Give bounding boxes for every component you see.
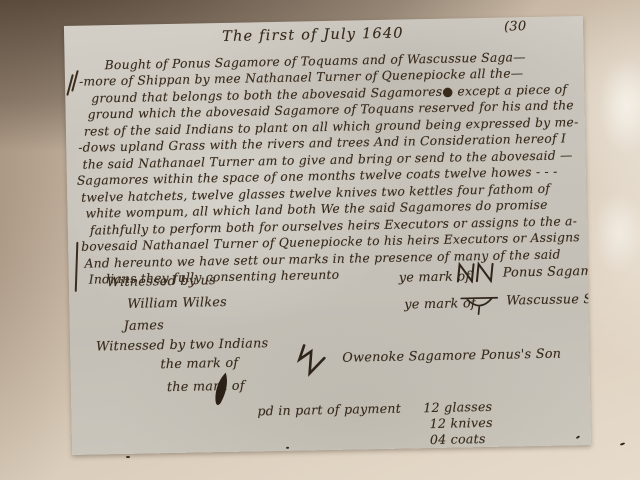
witness-name: James — [124, 318, 165, 334]
ink-speck — [286, 447, 289, 449]
witness-name: William Wilkes — [127, 295, 227, 312]
mark-prefix: the mark of — [167, 379, 245, 395]
payment-item: 12 knives — [429, 415, 492, 431]
ink-blob-mark-icon — [210, 370, 232, 410]
document-title: The first of July 1640 — [222, 26, 404, 45]
nn-zigzag-mark-icon — [455, 261, 497, 284]
mark-prefix: the mark of — [160, 356, 238, 372]
payment-item: 12 glasses — [423, 399, 492, 415]
witnessed-two-indians-line: Witnessed by two Indians — [96, 336, 269, 354]
witnessed-by-us-line: Witnessed by us — [107, 273, 216, 290]
mark-owner-name: Wascussue Sagamore — [506, 291, 591, 309]
mat-speck — [126, 456, 130, 458]
margin-line-mark — [75, 242, 78, 292]
payment-label: pd in part of payment — [257, 401, 401, 419]
document-photo: The first of July 1640 (30 Bought of Pon… — [64, 16, 591, 455]
ink-speck — [576, 435, 580, 439]
page-number: (30 — [504, 19, 527, 34]
payment-item: 04 coats — [430, 431, 486, 447]
lightning-zigzag-mark-icon — [294, 343, 327, 378]
bowl-mark-icon — [459, 292, 499, 317]
photograph-on-mat: The first of July 1640 (30 Bought of Pon… — [0, 0, 640, 480]
mat-speck — [620, 442, 625, 446]
mark-owner-name: Ponus Sagamore — [503, 263, 591, 280]
mark-owner-name: Owenoke Sagamore Ponus's Son — [342, 347, 561, 366]
